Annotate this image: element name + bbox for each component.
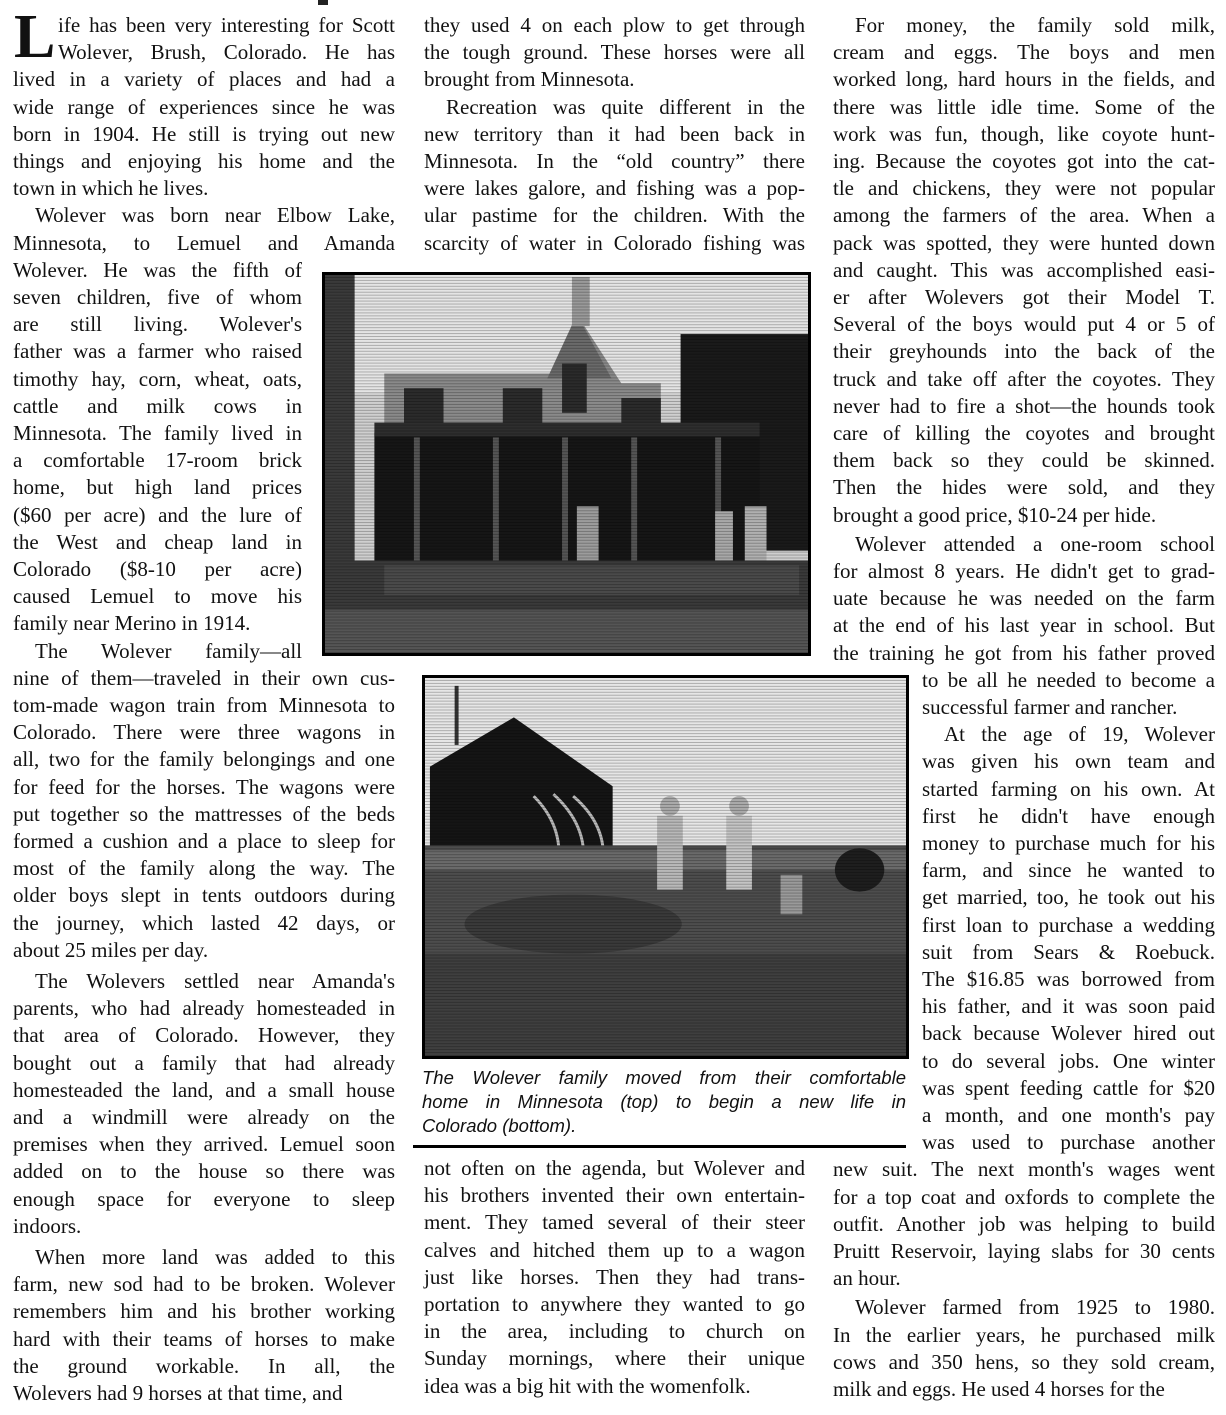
text-line: tom-made wagon train from Minnesota to (13, 692, 395, 719)
caption-divider (413, 1145, 906, 1148)
text-line: back because Wolever hired out (922, 1020, 1215, 1047)
text-line: for almost 8 years. He didn't get to gra… (833, 558, 1215, 585)
text-line: remembers him and his brother working (13, 1298, 395, 1325)
text-line: farm, and since he wanted to (922, 857, 1215, 884)
text-line: Wolever was born near Elbow Lake, (35, 202, 395, 229)
text-line: work was fun, though, like coyote hunt- (833, 121, 1215, 148)
text-line: Wolever, Brush, Colorado. He has (58, 39, 395, 66)
text-line: outfit. Another job was helping to build (833, 1211, 1215, 1238)
text-line: put together so the mattresses of the be… (13, 801, 395, 828)
text-line: they used 4 on each plow to get through (424, 12, 805, 39)
text-line: Colorado. There were three wagons in (13, 719, 395, 746)
text-line: parents, who had already homesteaded in (13, 995, 395, 1022)
text-line: things and enjoying his home and the (13, 148, 395, 175)
text-line: truck and take off after the coyotes. Th… (833, 366, 1215, 393)
text-line: formed a cushion and a place to sleep fo… (13, 828, 395, 855)
text-line: a comfortable 17-room brick (13, 447, 302, 474)
text-line: Minnesota. In the “old country” there (424, 148, 805, 175)
text-line: father was a farmer who raised (13, 338, 302, 365)
text-line: cream and eggs. The boys and men (833, 39, 1215, 66)
text-line: brought from Minnesota. (424, 66, 805, 93)
text-line: was spent feeding cattle for $20 (922, 1075, 1215, 1102)
text-line: nine of them—traveled in their own cus- (13, 665, 395, 692)
drop-cap: L (14, 12, 55, 62)
text-line: the ground workable. In all, the (13, 1353, 395, 1380)
text-line: ing. Because the coyotes got into the ca… (833, 148, 1215, 175)
text-line: was given his own team and (922, 748, 1215, 775)
text-line: are still living. Wolever's (13, 311, 302, 338)
text-line: The Wolever family—all (35, 638, 302, 665)
text-line: idea was a big hit with the womenfolk. (424, 1373, 805, 1400)
text-line: premises when they arrived. Lemuel soon (13, 1131, 395, 1158)
text-line: care of killing the coyotes and brought (833, 420, 1215, 447)
text-line: hard with their teams of horses to make (13, 1326, 395, 1353)
text-line: milk and eggs. He used 4 horses for the (833, 1376, 1215, 1403)
caption-line: The Wolever family moved from their comf… (422, 1066, 906, 1090)
text-line: there was little idle time. Some of the (833, 94, 1215, 121)
homestead-image (425, 678, 906, 1056)
text-line: get married, too, he took out his (922, 884, 1215, 911)
text-line: were lakes galore, and fishing was a pop… (424, 175, 805, 202)
text-line: In the earlier years, he purchased milk (833, 1322, 1215, 1349)
text-line: worked long, hard hours in the fields, a… (833, 66, 1215, 93)
text-line: money to purchase much for his (922, 830, 1215, 857)
text-line: At the age of 19, Wolever (944, 721, 1215, 748)
text-line: the West and cheap land in (13, 529, 302, 556)
text-line: them back so they could be skinned. (833, 447, 1215, 474)
text-line: bought out a family that had already (13, 1050, 395, 1077)
text-line: a month, and one month's pay (922, 1102, 1215, 1129)
text-line: enough space for everyone to sleep (13, 1186, 395, 1213)
text-line: Wolever farmed from 1925 to 1980. (855, 1294, 1215, 1321)
text-line: Several of the boys would put 4 or 5 of (833, 311, 1215, 338)
text-line: cattle and milk cows in (13, 393, 302, 420)
text-line: cows and 350 hens, so they sold cream, (833, 1349, 1215, 1376)
text-line: for a top coat and oxfords to complete t… (833, 1184, 1215, 1211)
text-line: Wolevers had 9 horses at that time, and (13, 1380, 395, 1407)
text-line: portation to anywhere they wanted to go (424, 1291, 805, 1318)
text-line: never had to fire a shot—the hounds took (833, 393, 1215, 420)
text-line: family near Merino in 1914. (13, 610, 302, 637)
text-line: their greyhounds into the back of the (833, 338, 1215, 365)
text-line: pack was spotted, they were hunted down (833, 230, 1215, 257)
text-line: ment. They tamed several of their steer (424, 1209, 805, 1236)
caption-line: home in Minnesota (top) to begin a new l… (422, 1090, 906, 1114)
text-line: suit from Sears & Roebuck. (922, 939, 1215, 966)
text-line: calves and hitched them up to a wagon (424, 1237, 805, 1264)
text-line: Wolever. He was the fifth of (13, 257, 302, 284)
text-line: for feed for the horses. The wagons were (13, 774, 395, 801)
text-line: caused Lemuel to move his (13, 583, 302, 610)
text-line: Then the hides were sold, and they (833, 474, 1215, 501)
article-lead-line: ife has been very interesting for Scott (58, 12, 395, 39)
text-line: to be all he needed to become a (922, 667, 1215, 694)
text-line: lived in a variety of places and had a (13, 66, 395, 93)
text-line: and caught. This was accomplished easi- (833, 257, 1215, 284)
minnesota-home-photo (322, 272, 811, 656)
text-line: Minnesota. The family lived in (13, 420, 302, 447)
colorado-homestead-photo (422, 675, 909, 1059)
text-line: first loan to purchase a wedding (922, 912, 1215, 939)
text-line: ($60 per acre) and the lure of (13, 502, 302, 529)
text-line: about 25 miles per day. (13, 937, 395, 964)
text-line: in the area, including to church on (424, 1318, 805, 1345)
text-line: Sunday mornings, where their unique (424, 1345, 805, 1372)
text-line: older boys slept in tents outdoors durin… (13, 882, 395, 909)
text-line: at the end of his last year in school. B… (833, 612, 1215, 639)
text-line: among the farmers of the area. When a (833, 202, 1215, 229)
text-line: not often on the agenda, but Wolever and (424, 1155, 805, 1182)
text-line: Pruitt Reservoir, laying slabs for 30 ce… (833, 1238, 1215, 1265)
text-line: er after Wolevers got their Model T. (833, 284, 1215, 311)
text-line: the journey, which lasted 42 days, or (13, 910, 395, 937)
text-line: home, but high land prices (13, 474, 302, 501)
text-line: The $16.85 was borrowed from (922, 966, 1215, 993)
text-line: uate because he was needed on the farm (833, 585, 1215, 612)
page-speck (318, 0, 328, 5)
text-line: the tough ground. These horses were all (424, 39, 805, 66)
text-line: tle and chickens, they were not popular (833, 175, 1215, 202)
text-line: all, two for the family belongings and o… (13, 746, 395, 773)
text-line: Recreation was quite different in the (446, 94, 805, 121)
text-line: started farming on his own. At (922, 776, 1215, 803)
text-line: farm, new sod had to be broken. Wolever (13, 1271, 395, 1298)
text-line: the training he got from his father prov… (833, 640, 1215, 667)
text-line: that area of Colorado. However, they (13, 1022, 395, 1049)
text-line: most of the family along the way. The (13, 855, 395, 882)
text-line: Wolever attended a one-room school (855, 531, 1215, 558)
text-line: seven children, five of whom (13, 284, 302, 311)
text-line: For money, the family sold milk, (855, 12, 1215, 39)
text-line: to do several jobs. One winter (922, 1048, 1215, 1075)
text-line: homesteaded the land, and a small house (13, 1077, 395, 1104)
text-line: scarcity of water in Colorado fishing wa… (424, 230, 805, 257)
text-line: added on to the house so there was (13, 1158, 395, 1185)
text-line: indoors. (13, 1213, 395, 1240)
text-line: just like horses. Then they had trans- (424, 1264, 805, 1291)
farmhouse-image (325, 275, 808, 653)
text-line: and a windmill were already on the (13, 1104, 395, 1131)
text-line: The Wolevers settled near Amanda's (35, 968, 395, 995)
text-line: wide range of experiences since he was (13, 94, 395, 121)
text-line: his father, and it was soon paid (922, 993, 1215, 1020)
text-line: successful farmer and rancher. (922, 694, 1215, 721)
text-line: new suit. The next month's wages went (833, 1156, 1215, 1183)
text-line: was used to purchase another (922, 1129, 1215, 1156)
text-line: first he didn't have enough (922, 803, 1215, 830)
text-line: When more land was added to this (35, 1244, 395, 1271)
caption-line: Colorado (bottom). (422, 1114, 906, 1138)
text-line: town in which he lives. (13, 175, 395, 202)
text-line: new territory than it had been back in (424, 121, 805, 148)
text-line: Colorado ($8-10 per acre) (13, 556, 302, 583)
text-line: brought a good price, $10-24 per hide. (833, 502, 1215, 529)
text-line: Minnesota, to Lemuel and Amanda (13, 230, 395, 257)
text-line: born in 1904. He still is trying out new (13, 121, 395, 148)
text-line: ular pastime for the children. With the (424, 202, 805, 229)
text-line: an hour. (833, 1265, 1215, 1292)
text-line: timothy hay, corn, wheat, oats, (13, 366, 302, 393)
text-line: his brothers invented their own entertai… (424, 1182, 805, 1209)
